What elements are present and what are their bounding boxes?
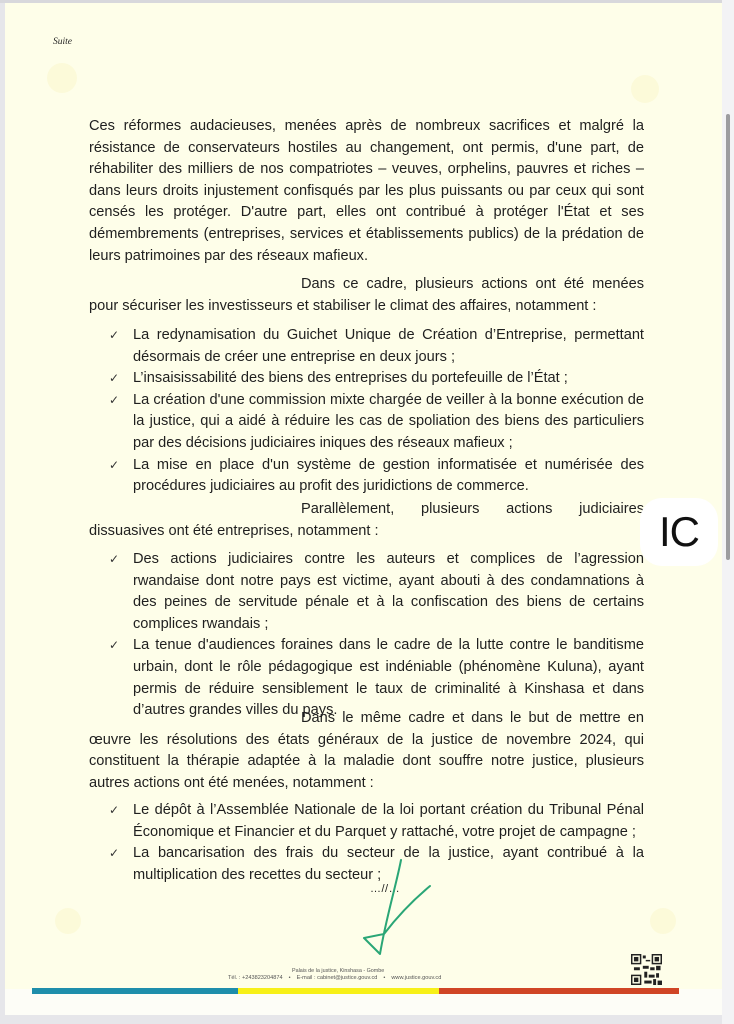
checkmark-icon: ✓ <box>109 800 119 822</box>
watermark-emblem-bottom-left <box>55 908 81 934</box>
flag-stripe-blue <box>32 988 238 994</box>
paragraph-business-climate: Dans ce cadre, plusieurs actions ont été… <box>89 274 644 317</box>
list-item: ✓L’insaisissabilité des biens des entrep… <box>109 368 644 390</box>
flag-stripe-red <box>439 988 679 994</box>
list-item: ✓Le dépôt à l’Assemblée Nationale de la … <box>109 800 644 843</box>
checkmark-icon: ✓ <box>109 635 119 657</box>
list-item: ✓La mise en place d'un système de gestio… <box>109 455 644 498</box>
footer-phone: Tél. : +243823204874 <box>228 975 283 981</box>
list-item: ✓La redynamisation du Guichet Unique de … <box>109 325 644 368</box>
footer-website: www.justice.gouv.cd <box>391 975 441 981</box>
watermark-emblem-right <box>631 75 659 103</box>
flag-stripe-yellow <box>238 988 439 994</box>
signature-initials <box>360 858 440 958</box>
paragraph-judicial-actions: Parallèlement, plusieurs actions judicia… <box>89 499 644 542</box>
vertical-scrollbar[interactable] <box>726 114 730 560</box>
list-item: ✓La création d'une commission mixte char… <box>109 390 644 455</box>
separator-dot: • <box>383 975 385 981</box>
checkmark-icon: ✓ <box>109 368 119 390</box>
list-item: ✓Des actions judiciaires contre les aute… <box>109 549 644 635</box>
checkmark-icon: ✓ <box>109 843 119 865</box>
paragraph-reforms: Ces réformes audacieuses, menées après d… <box>89 116 644 267</box>
list-judicial-actions: ✓Des actions judiciaires contre les aute… <box>109 549 644 722</box>
overlay-badge-ic: IC <box>640 498 718 566</box>
checkmark-icon: ✓ <box>109 325 119 347</box>
checkmark-icon: ✓ <box>109 455 119 477</box>
watermark-emblem-bottom-right <box>650 908 676 934</box>
continuation-header: Suite <box>53 37 72 47</box>
watermark-emblem-left <box>47 63 77 93</box>
checkmark-icon: ✓ <box>109 549 119 571</box>
document-page: Suite Ces réformes audacieuses, menées a… <box>5 3 722 1015</box>
checkmark-icon: ✓ <box>109 390 119 412</box>
footer-contacts: Tél. : +243823204874•E-mail : cabinet@ju… <box>228 975 441 981</box>
footer-email: E-mail : cabinet@justice.gouv.cd <box>297 975 378 981</box>
separator-dot: • <box>289 975 291 981</box>
paragraph-general-states: Dans le même cadre et dans le but de met… <box>89 708 644 794</box>
qr-code-icon <box>631 954 662 985</box>
list-business-actions: ✓La redynamisation du Guichet Unique de … <box>109 325 644 498</box>
